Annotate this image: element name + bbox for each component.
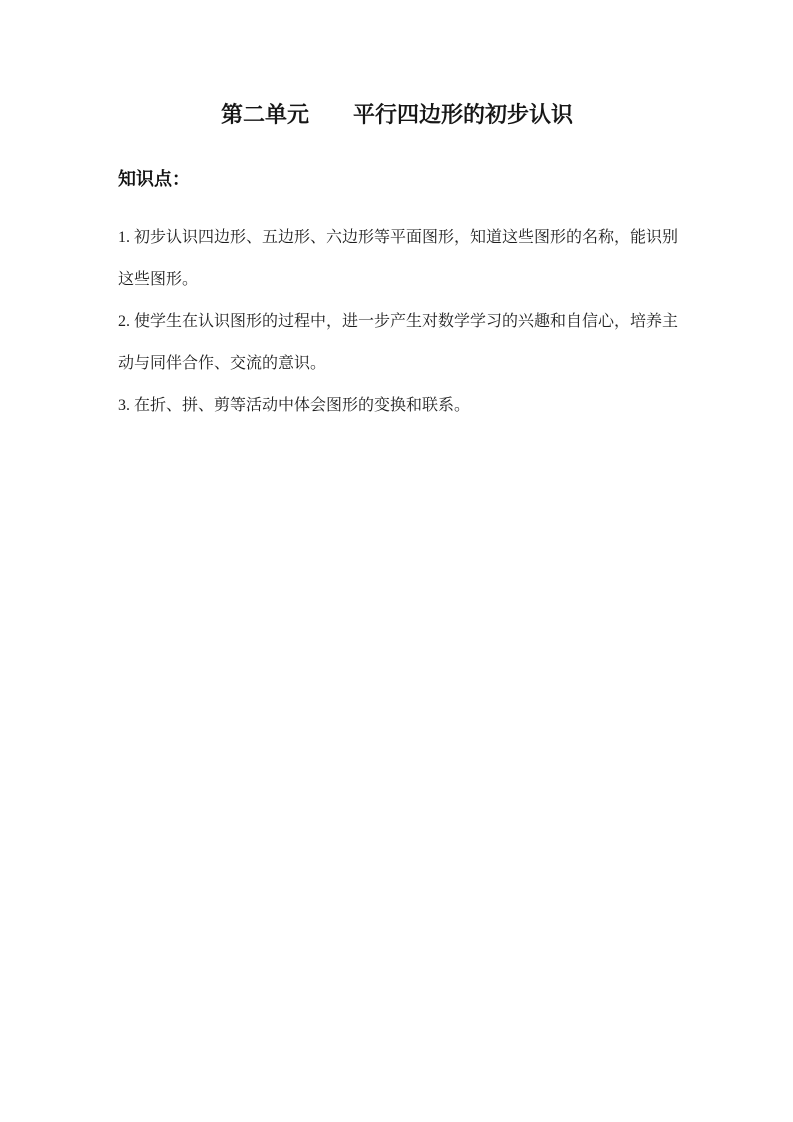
text-line: 3. 在折、拼、剪等活动中体会图形的变换和联系。 [118,385,676,427]
document-title: 第二单元 平行四边形的初步认识 [118,100,676,130]
knowledge-point-2: 2. 使学生在认识图形的过程中，进一步产生对数学学习的兴趣和自信心，培养主 动与… [118,301,676,385]
knowledge-point-3: 3. 在折、拼、剪等活动中体会图形的变换和联系。 [118,385,676,427]
text-line: 2. 使学生在认识图形的过程中，进一步产生对数学学习的兴趣和自信心，培养主 [118,301,676,343]
knowledge-point-1: 1. 初步认识四边形、五边形、六边形等平面图形，知道这些图形的名称，能识别 这些… [118,217,676,301]
section-heading-knowledge-points: 知识点： [118,167,676,191]
text-line: 动与同伴合作、交流的意识。 [118,343,676,385]
document-page: 第二单元 平行四边形的初步认识 知识点： 1. 初步认识四边形、五边形、六边形等… [0,0,793,1122]
document-body: 1. 初步认识四边形、五边形、六边形等平面图形，知道这些图形的名称，能识别 这些… [118,217,676,427]
text-line: 这些图形。 [118,259,676,301]
text-line: 1. 初步认识四边形、五边形、六边形等平面图形，知道这些图形的名称，能识别 [118,217,676,259]
